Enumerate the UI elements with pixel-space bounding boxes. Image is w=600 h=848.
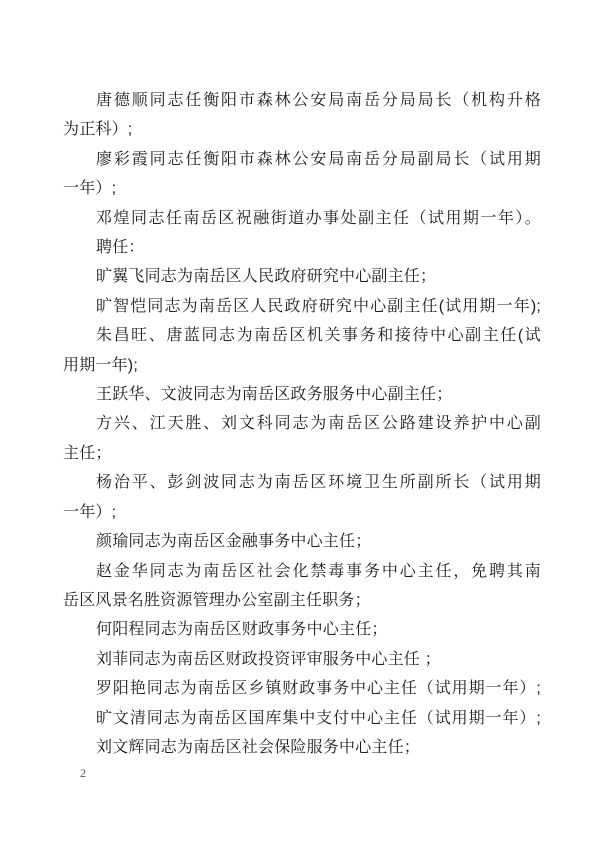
text-line: 颜瑜同志为南岳区金融事务中心主任；: [63, 527, 541, 556]
text-line: 岳区风景名胜资源管理办公室副主任职务；: [63, 586, 541, 615]
text-line: 旷翼飞同志为南岳区人民政府研究中心副主任；: [63, 262, 541, 291]
text-line: 杨治平、彭剑波同志为南岳区环境卫生所副所长（试用期: [63, 468, 541, 497]
text-line: 罗阳艳同志为南岳区乡镇财政事务中心主任（试用期一年）;: [63, 674, 541, 703]
text-line: 旷文清同志为南岳区国库集中支付中心主任（试用期一年）;: [63, 704, 541, 733]
text-line: 王跃华、文波同志为南岳区政务服务中心副主任；: [63, 380, 541, 409]
text-line: 赵金华同志为南岳区社会化禁毒事务中心主任，免聘其南: [63, 557, 541, 586]
text-line: 聘任：: [63, 233, 541, 262]
page-number: 2: [80, 766, 86, 781]
document-body: 唐德顺同志任衡阳市森林公安局南岳分局局长（机构升格为正科）;廖彩霞同志任衡阳市森…: [63, 86, 541, 762]
text-line: 何阳程同志为南岳区财政事务中心主任；: [63, 615, 541, 644]
text-line: 主任；: [63, 439, 541, 468]
text-line: 用期一年);: [63, 351, 541, 380]
text-line: 唐德顺同志任衡阳市森林公安局南岳分局局长（机构升格: [63, 86, 541, 115]
text-line: 一年）;: [63, 174, 541, 203]
text-line: 廖彩霞同志任衡阳市森林公安局南岳分局副局长（试用期: [63, 145, 541, 174]
text-line: 刘文辉同志为南岳区社会保险服务中心主任；: [63, 733, 541, 762]
text-line: 朱昌旺、唐蓝同志为南岳区机关事务和接待中心副主任(试: [63, 321, 541, 350]
text-line: 旷智恺同志为南岳区人民政府研究中心副主任(试用期一年);: [63, 292, 541, 321]
text-line: 一年）;: [63, 498, 541, 527]
document-page: 唐德顺同志任衡阳市森林公安局南岳分局局长（机构升格为正科）;廖彩霞同志任衡阳市森…: [0, 0, 600, 848]
text-line: 邓煌同志任南岳区祝融街道办事处副主任（试用期一年）。: [63, 204, 541, 233]
text-line: 方兴、江天胜、刘文科同志为南岳区公路建设养护中心副: [63, 409, 541, 438]
text-line: 为正科）;: [63, 115, 541, 144]
text-line: 刘菲同志为南岳区财政投资评审服务中心主任 ；: [63, 645, 541, 674]
